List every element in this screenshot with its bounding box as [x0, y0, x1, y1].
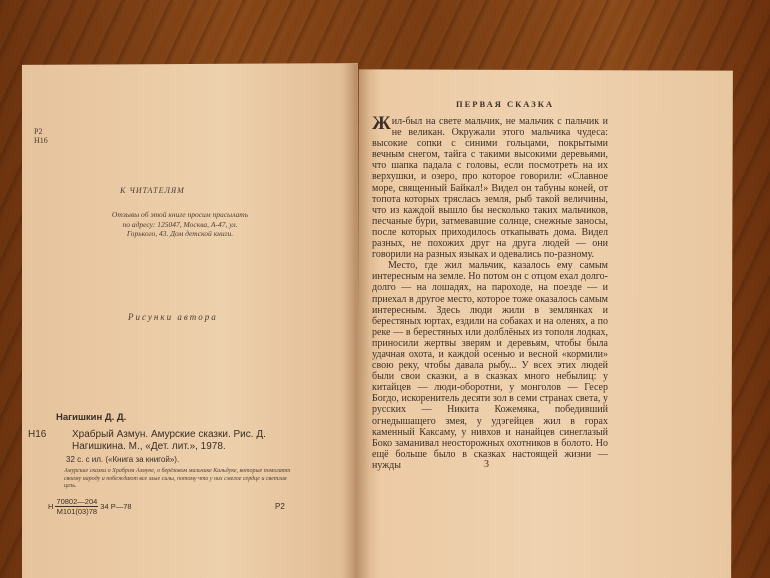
story-text: Жил-был на свете мальчик, не мальчик с п… [372, 116, 608, 471]
code-prefix: Н [48, 502, 53, 511]
author-name: Нагишкин Д. Д. [56, 412, 126, 423]
bibliographic-index: Н16 [28, 429, 46, 440]
to-readers-body: Отзывы об этой книге просим присылать по… [110, 210, 250, 239]
book-spine-shadow [340, 64, 370, 578]
illustrations-credit: Рисунки автора [128, 312, 218, 322]
story-paragraph: Место, где жил мальчик, казалось ему сам… [372, 260, 608, 471]
story-title: ПЕРВАЯ СКАЗКА [456, 99, 554, 109]
code-suffix: 34 Р—78 [100, 502, 131, 511]
code-numerator: 70802—204 [55, 497, 98, 507]
code-fraction: 70802—204 М101(03)78 [55, 497, 98, 516]
page-number: 3 [484, 459, 489, 470]
story-paragraph: Жил-был на свете мальчик, не мальчик с п… [372, 116, 608, 260]
paragraph-text: ил-был на свете мальчик, не мальчик с па… [372, 116, 608, 260]
classification-code: Р2 [275, 502, 285, 511]
page-count: 32 с. с ил. («Книга за книгой»). [66, 455, 179, 464]
catalog-code-n16: Н16 [34, 136, 48, 146]
book-annotation: Амурские сказки о Храбром Азмуне, о берё… [64, 468, 296, 491]
to-readers-title: К ЧИТАТЕЛЯМ [120, 186, 185, 195]
bibliographic-description: Храбрый Азмун. Амурские сказки. Рис. Д. … [72, 429, 288, 453]
code-denominator: М101(03)78 [56, 507, 98, 516]
publication-code: Н 70802—204 М101(03)78 34 Р—78 [48, 497, 132, 516]
drop-cap: Ж [372, 116, 391, 132]
